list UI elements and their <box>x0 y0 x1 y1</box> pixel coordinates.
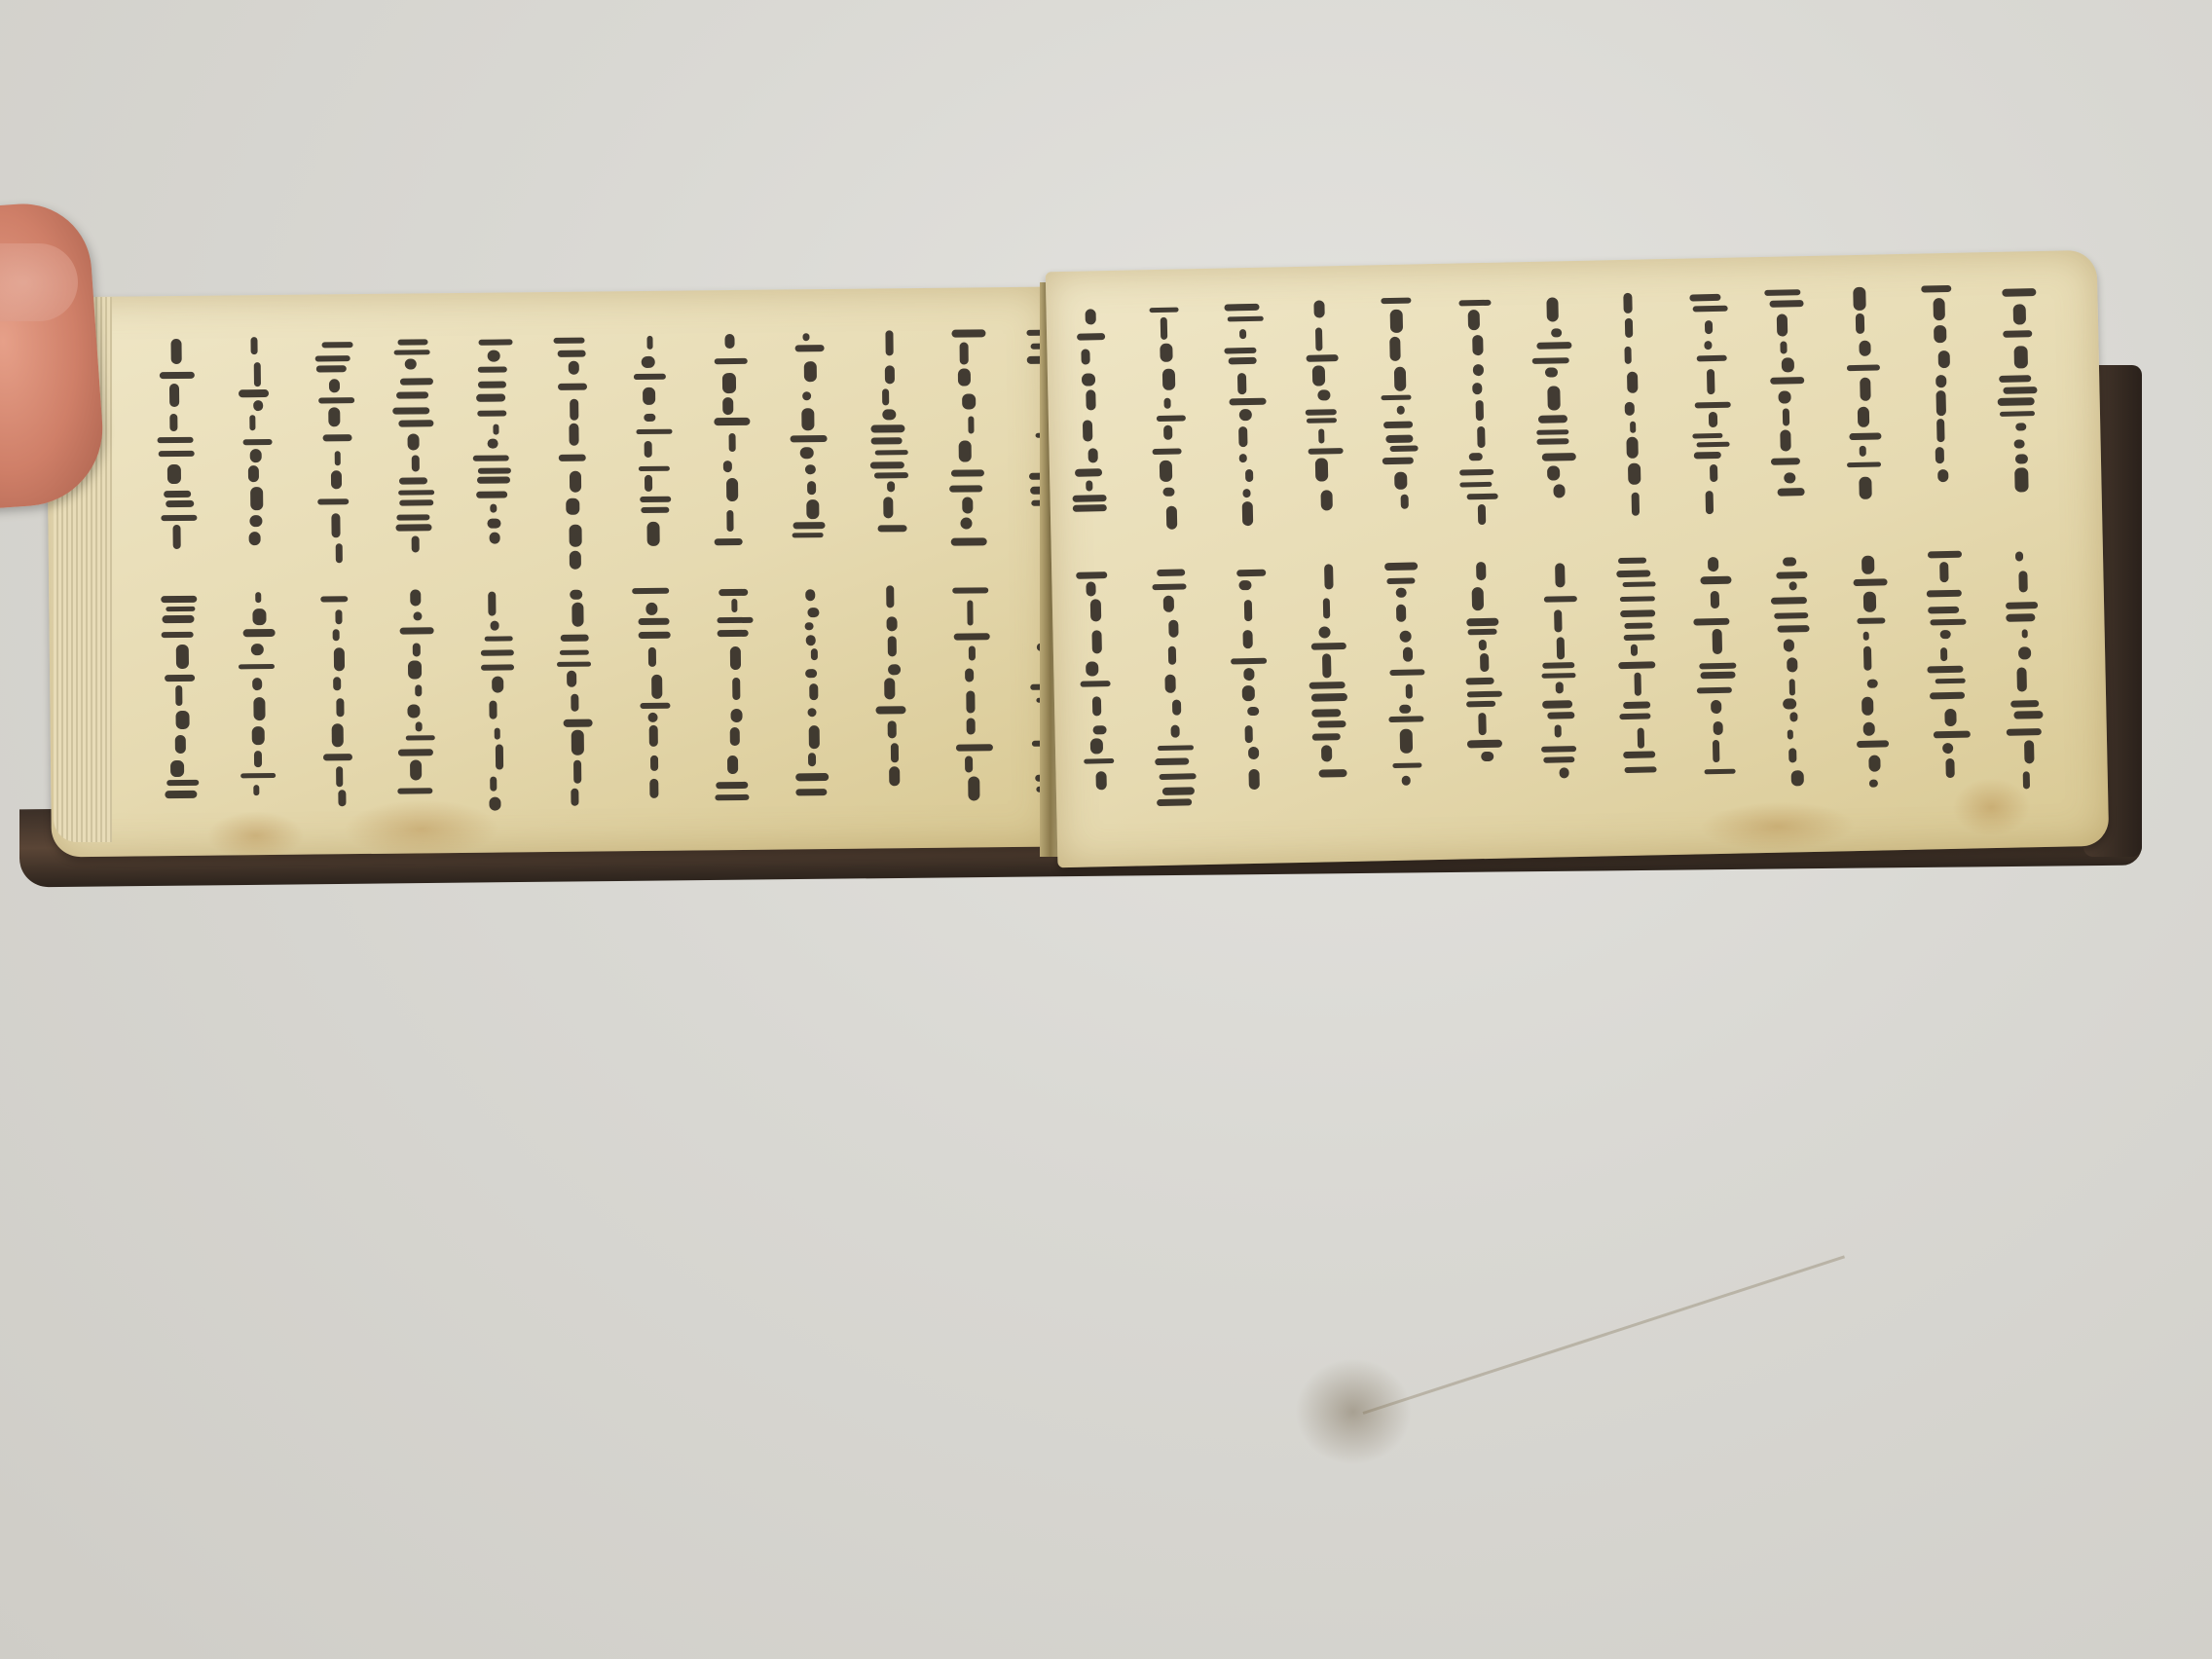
ink-stroke <box>398 339 428 346</box>
ink-stroke <box>170 760 184 777</box>
ink-stroke <box>485 637 513 643</box>
ink-stroke <box>967 600 974 625</box>
ink-stroke <box>645 475 653 493</box>
ink-stroke <box>950 537 986 545</box>
ink-stroke <box>1466 677 1494 684</box>
ink-stroke <box>1466 494 1497 499</box>
ink-stroke <box>1926 590 1962 598</box>
script-line <box>868 580 916 824</box>
ink-stroke <box>488 439 499 449</box>
ink-stroke <box>1853 287 1865 311</box>
ink-stroke <box>884 678 895 699</box>
ink-stroke <box>1542 453 1576 461</box>
ink-stroke <box>480 649 514 656</box>
ink-stroke <box>969 646 976 660</box>
ink-stroke <box>730 708 742 722</box>
ink-stroke <box>1936 419 1944 443</box>
ink-stroke <box>1847 461 1881 467</box>
ink-stroke <box>405 359 417 370</box>
ink-stroke <box>1789 712 1798 721</box>
ink-stroke <box>1394 472 1408 489</box>
ink-stroke <box>1782 358 1794 373</box>
ink-stroke <box>399 420 434 426</box>
ink-stroke <box>478 381 506 387</box>
ink-stroke <box>1242 501 1253 525</box>
ink-stroke <box>1999 375 2031 383</box>
ink-stroke <box>1625 401 1635 416</box>
ink-stroke <box>334 647 345 671</box>
script-line <box>631 583 679 827</box>
ink-stroke <box>1381 394 1411 400</box>
ink-stroke <box>411 535 420 552</box>
ink-stroke <box>1231 657 1267 665</box>
ink-stroke <box>175 685 183 705</box>
ink-stroke <box>1630 645 1638 656</box>
ink-stroke <box>960 517 972 530</box>
ink-stroke <box>396 514 429 520</box>
ink-stroke <box>807 608 819 617</box>
ink-stroke <box>1458 300 1491 307</box>
ink-stroke <box>490 504 497 513</box>
ink-stroke <box>1618 662 1655 669</box>
ink-stroke <box>962 393 976 410</box>
ink-stroke <box>1399 705 1411 714</box>
ink-stroke <box>398 749 433 756</box>
ink-stroke <box>1862 697 1873 717</box>
ink-stroke <box>1532 358 1569 365</box>
ink-stroke <box>646 602 657 614</box>
ink-stroke <box>1935 679 1965 684</box>
ink-stroke <box>1547 465 1560 480</box>
ink-stroke <box>1320 491 1332 510</box>
ink-stroke <box>571 603 583 627</box>
ink-stroke <box>1692 306 1727 313</box>
ink-stroke <box>1714 721 1723 735</box>
ink-stroke <box>634 374 666 380</box>
ink-stroke <box>394 350 430 355</box>
ink-stroke <box>487 518 500 528</box>
ink-stroke <box>1308 448 1343 455</box>
ink-stroke <box>253 697 265 720</box>
ink-stroke <box>1091 630 1101 653</box>
ink-stroke <box>1557 638 1565 659</box>
ink-stroke <box>1086 480 1092 492</box>
ink-stroke <box>1082 350 1090 365</box>
ink-stroke <box>1862 722 1875 736</box>
ink-stroke <box>796 789 828 795</box>
ink-stroke <box>1693 452 1721 460</box>
ink-stroke <box>393 408 430 415</box>
ink-stroke <box>331 513 340 537</box>
ink-stroke <box>1389 669 1424 676</box>
ink-stroke <box>2014 711 2044 719</box>
ink-stroke <box>949 485 982 492</box>
ink-stroke <box>649 779 658 798</box>
ink-stroke <box>328 408 340 426</box>
ink-stroke <box>1625 767 1657 774</box>
ink-stroke <box>646 335 652 349</box>
ink-stroke <box>1771 597 1807 605</box>
ink-stroke <box>1472 335 1483 355</box>
ink-stroke <box>1394 367 1407 391</box>
ink-stroke <box>254 363 261 387</box>
ink-stroke <box>242 629 275 637</box>
ink-stroke <box>1312 366 1326 387</box>
ink-stroke <box>1712 629 1722 654</box>
ink-stroke <box>1705 320 1713 334</box>
ink-stroke <box>248 532 260 545</box>
ink-stroke <box>1477 426 1486 448</box>
ink-stroke <box>807 481 817 494</box>
ink-stroke <box>648 725 657 747</box>
ink-stroke <box>1244 725 1252 743</box>
ink-stroke <box>166 500 195 507</box>
ink-stroke <box>413 611 422 621</box>
photo-scene <box>0 0 2212 1659</box>
ink-stroke <box>2019 571 2028 593</box>
ink-stroke <box>1696 441 1729 447</box>
ink-stroke <box>1541 746 1577 753</box>
ink-stroke <box>564 719 593 726</box>
ink-stroke <box>724 334 734 349</box>
ink-stroke <box>719 588 749 595</box>
ink-stroke <box>800 447 814 459</box>
ink-stroke <box>1243 600 1252 622</box>
ink-stroke <box>254 751 262 767</box>
ink-stroke <box>1624 635 1655 642</box>
ink-stroke <box>1930 692 1966 700</box>
script-line <box>1381 556 1430 810</box>
ink-stroke <box>323 754 352 760</box>
ink-stroke <box>1623 701 1651 709</box>
ink-stroke <box>1239 329 1247 339</box>
ink-stroke <box>249 415 256 430</box>
ink-stroke <box>2014 346 2028 369</box>
ink-stroke <box>1312 733 1341 742</box>
ink-stroke <box>159 451 195 457</box>
right-page <box>1046 250 2110 867</box>
ink-stroke <box>335 609 342 624</box>
ink-stroke <box>1928 551 1962 559</box>
ink-stroke <box>1555 563 1566 588</box>
ink-stroke <box>1783 408 1789 425</box>
ink-stroke <box>1403 646 1414 662</box>
left-page-lower-text <box>156 578 1074 831</box>
ink-stroke <box>1626 437 1639 460</box>
ink-stroke <box>1770 377 1805 385</box>
ink-stroke <box>2024 740 2035 763</box>
ink-stroke <box>1149 307 1178 313</box>
ink-stroke <box>1784 472 1795 483</box>
ink-stroke <box>1242 630 1252 649</box>
script-line <box>628 330 676 573</box>
ink-stroke <box>1238 426 1247 447</box>
ink-stroke <box>167 464 181 484</box>
ink-stroke <box>322 434 351 442</box>
ink-stroke <box>1093 725 1107 735</box>
ink-stroke <box>2012 304 2026 325</box>
ink-stroke <box>170 414 178 431</box>
ink-stroke <box>1168 619 1178 637</box>
ink-stroke <box>1311 643 1346 650</box>
ink-stroke <box>875 706 905 714</box>
ink-stroke <box>1305 409 1336 416</box>
ink-stroke <box>1618 557 1647 563</box>
ink-stroke <box>802 333 810 342</box>
ink-stroke <box>2006 613 2035 621</box>
ink-stroke <box>795 773 829 781</box>
ink-stroke <box>1476 562 1486 580</box>
ink-stroke <box>165 675 196 682</box>
ink-stroke <box>410 760 422 781</box>
ink-stroke <box>398 478 426 485</box>
ink-stroke <box>809 725 821 749</box>
script-line <box>153 335 201 578</box>
ink-stroke <box>637 428 673 434</box>
ink-stroke <box>1708 557 1718 572</box>
ink-stroke <box>1161 344 1173 362</box>
ink-stroke <box>1541 673 1575 679</box>
ink-stroke <box>2002 288 2036 297</box>
ink-stroke <box>1863 591 1876 612</box>
ink-stroke <box>732 678 740 700</box>
ink-stroke <box>1630 422 1636 433</box>
ink-stroke <box>329 379 340 393</box>
ink-stroke <box>412 455 420 472</box>
ink-stroke <box>561 635 588 642</box>
ink-stroke <box>558 350 586 357</box>
ink-stroke <box>1542 662 1574 669</box>
ink-stroke <box>1710 464 1717 482</box>
ink-stroke <box>2006 602 2038 609</box>
ink-stroke <box>1935 447 1944 464</box>
ink-stroke <box>1313 301 1324 318</box>
ink-stroke <box>639 465 669 471</box>
ink-stroke <box>641 507 669 513</box>
ink-stroke <box>1774 612 1808 619</box>
ink-stroke <box>1930 619 1966 625</box>
ink-stroke <box>477 491 507 498</box>
ink-stroke <box>793 522 825 529</box>
ink-stroke <box>1158 799 1193 806</box>
ink-stroke <box>1390 310 1403 333</box>
ink-stroke <box>1382 458 1414 464</box>
ink-stroke <box>490 796 501 811</box>
ink-stroke <box>1547 712 1575 719</box>
ink-stroke <box>2015 551 2024 561</box>
ink-stroke <box>1248 747 1259 760</box>
ink-stroke <box>1700 576 1731 584</box>
ink-stroke <box>1383 421 1413 428</box>
ink-stroke <box>804 464 815 474</box>
ink-stroke <box>967 719 976 735</box>
ink-stroke <box>1406 683 1412 698</box>
ink-stroke <box>1789 581 1798 590</box>
ink-stroke <box>476 394 505 402</box>
ink-stroke <box>1867 680 1878 688</box>
ink-stroke <box>1311 693 1347 702</box>
ink-stroke <box>477 410 506 416</box>
ink-stroke <box>1928 607 1959 614</box>
ink-stroke <box>874 472 908 478</box>
ink-stroke <box>1706 491 1714 514</box>
ink-stroke <box>2010 700 2039 708</box>
ink-stroke <box>494 424 499 435</box>
ink-stroke <box>1858 407 1870 427</box>
ink-stroke <box>887 482 895 492</box>
ink-stroke <box>726 510 733 532</box>
right-page-lower-text <box>1071 543 2049 817</box>
ink-stroke <box>1324 564 1334 589</box>
ink-stroke <box>1157 570 1185 576</box>
ink-stroke <box>1468 310 1481 330</box>
ink-stroke <box>558 383 587 390</box>
ink-stroke <box>968 776 979 800</box>
ink-stroke <box>318 397 354 403</box>
ink-stroke <box>570 550 581 569</box>
ink-stroke <box>488 591 496 615</box>
ink-stroke <box>1387 577 1416 584</box>
ink-stroke <box>716 782 748 790</box>
ink-stroke <box>400 500 434 506</box>
ink-stroke <box>162 615 195 623</box>
ink-stroke <box>805 589 815 601</box>
ink-stroke <box>1228 315 1263 321</box>
ink-stroke <box>714 357 747 364</box>
ink-stroke <box>1172 700 1181 716</box>
ink-stroke <box>715 793 749 800</box>
ink-stroke <box>1319 626 1331 639</box>
ink-stroke <box>1469 453 1483 461</box>
ink-stroke <box>1697 686 1732 694</box>
script-line <box>1994 280 2044 525</box>
ink-stroke <box>885 365 894 385</box>
ink-stroke <box>968 416 975 434</box>
ink-stroke <box>642 356 655 368</box>
ink-stroke <box>571 693 578 712</box>
ink-stroke <box>1385 434 1413 442</box>
ink-stroke <box>1921 285 1951 292</box>
ink-stroke <box>871 437 903 444</box>
ink-stroke <box>1473 364 1484 377</box>
ink-stroke <box>1696 355 1726 361</box>
ink-stroke <box>718 617 754 623</box>
ink-stroke <box>730 646 741 671</box>
ink-stroke <box>1315 458 1329 481</box>
script-line <box>1143 298 1193 542</box>
ink-stroke <box>1625 318 1633 338</box>
ink-stroke <box>1545 367 1558 378</box>
ink-stroke <box>1083 420 1093 442</box>
ink-stroke <box>489 532 499 543</box>
ink-stroke <box>1860 446 1866 457</box>
ink-stroke <box>1631 492 1640 516</box>
ink-stroke <box>1480 653 1489 672</box>
ink-stroke <box>175 735 186 754</box>
script-line <box>707 329 755 572</box>
script-line <box>1917 282 1967 527</box>
ink-stroke <box>1072 504 1107 511</box>
ink-stroke <box>1481 751 1493 761</box>
ink-stroke <box>487 350 500 361</box>
ink-stroke <box>1936 375 1947 387</box>
ink-stroke <box>1777 625 1809 632</box>
script-line <box>1071 563 1121 817</box>
ink-stroke <box>1467 690 1503 697</box>
ink-stroke <box>2007 728 2042 736</box>
ink-stroke <box>253 785 260 795</box>
ink-stroke <box>1085 309 1096 324</box>
ink-stroke <box>1161 317 1167 340</box>
ink-stroke <box>959 441 972 462</box>
ink-stroke <box>645 414 655 422</box>
ink-stroke <box>1401 776 1410 786</box>
ink-stroke <box>172 525 181 549</box>
ink-stroke <box>1628 463 1641 485</box>
ink-stroke <box>1162 787 1196 795</box>
script-line <box>1535 553 1585 807</box>
manuscript-book <box>0 0 2212 1659</box>
ink-stroke <box>651 674 662 698</box>
ink-stroke <box>399 627 433 634</box>
ink-stroke <box>1229 356 1257 364</box>
ink-stroke <box>726 478 738 500</box>
ink-stroke <box>1075 469 1102 478</box>
ink-stroke <box>883 498 893 519</box>
ink-stroke <box>1248 769 1260 790</box>
ink-stroke <box>569 361 579 375</box>
ink-stroke <box>1853 578 1887 585</box>
ink-stroke <box>1086 661 1099 676</box>
ink-stroke <box>1555 682 1564 693</box>
ink-stroke <box>571 399 578 421</box>
script-line <box>1375 293 1424 537</box>
ink-stroke <box>1859 341 1871 356</box>
ink-stroke <box>1704 341 1712 350</box>
ink-stroke <box>337 698 344 717</box>
script-line <box>233 334 280 577</box>
ink-stroke <box>407 705 420 719</box>
ink-stroke <box>1401 495 1408 509</box>
ink-stroke <box>643 387 655 405</box>
ink-stroke <box>569 524 582 546</box>
ink-stroke <box>166 780 199 786</box>
ink-stroke <box>633 587 670 594</box>
ink-stroke <box>1555 724 1562 738</box>
ink-stroke <box>958 368 971 387</box>
ink-stroke <box>175 645 188 669</box>
ink-stroke <box>1323 598 1330 619</box>
script-line <box>469 331 517 574</box>
ink-stroke <box>2003 330 2033 338</box>
ink-stroke <box>1077 333 1105 341</box>
ink-stroke <box>1072 495 1107 502</box>
ink-stroke <box>571 729 584 755</box>
ink-stroke <box>1709 412 1717 428</box>
ink-stroke <box>1459 469 1494 476</box>
ink-stroke <box>1625 622 1653 628</box>
ink-stroke <box>2013 439 2025 449</box>
ink-stroke <box>1543 756 1574 763</box>
ink-stroke <box>809 683 818 700</box>
ink-stroke <box>650 756 659 770</box>
ink-stroke <box>1855 313 1864 334</box>
ink-stroke <box>336 544 343 564</box>
ink-stroke <box>1940 647 1947 661</box>
ink-stroke <box>1847 364 1879 371</box>
ink-stroke <box>875 450 907 456</box>
ink-stroke <box>715 538 742 545</box>
